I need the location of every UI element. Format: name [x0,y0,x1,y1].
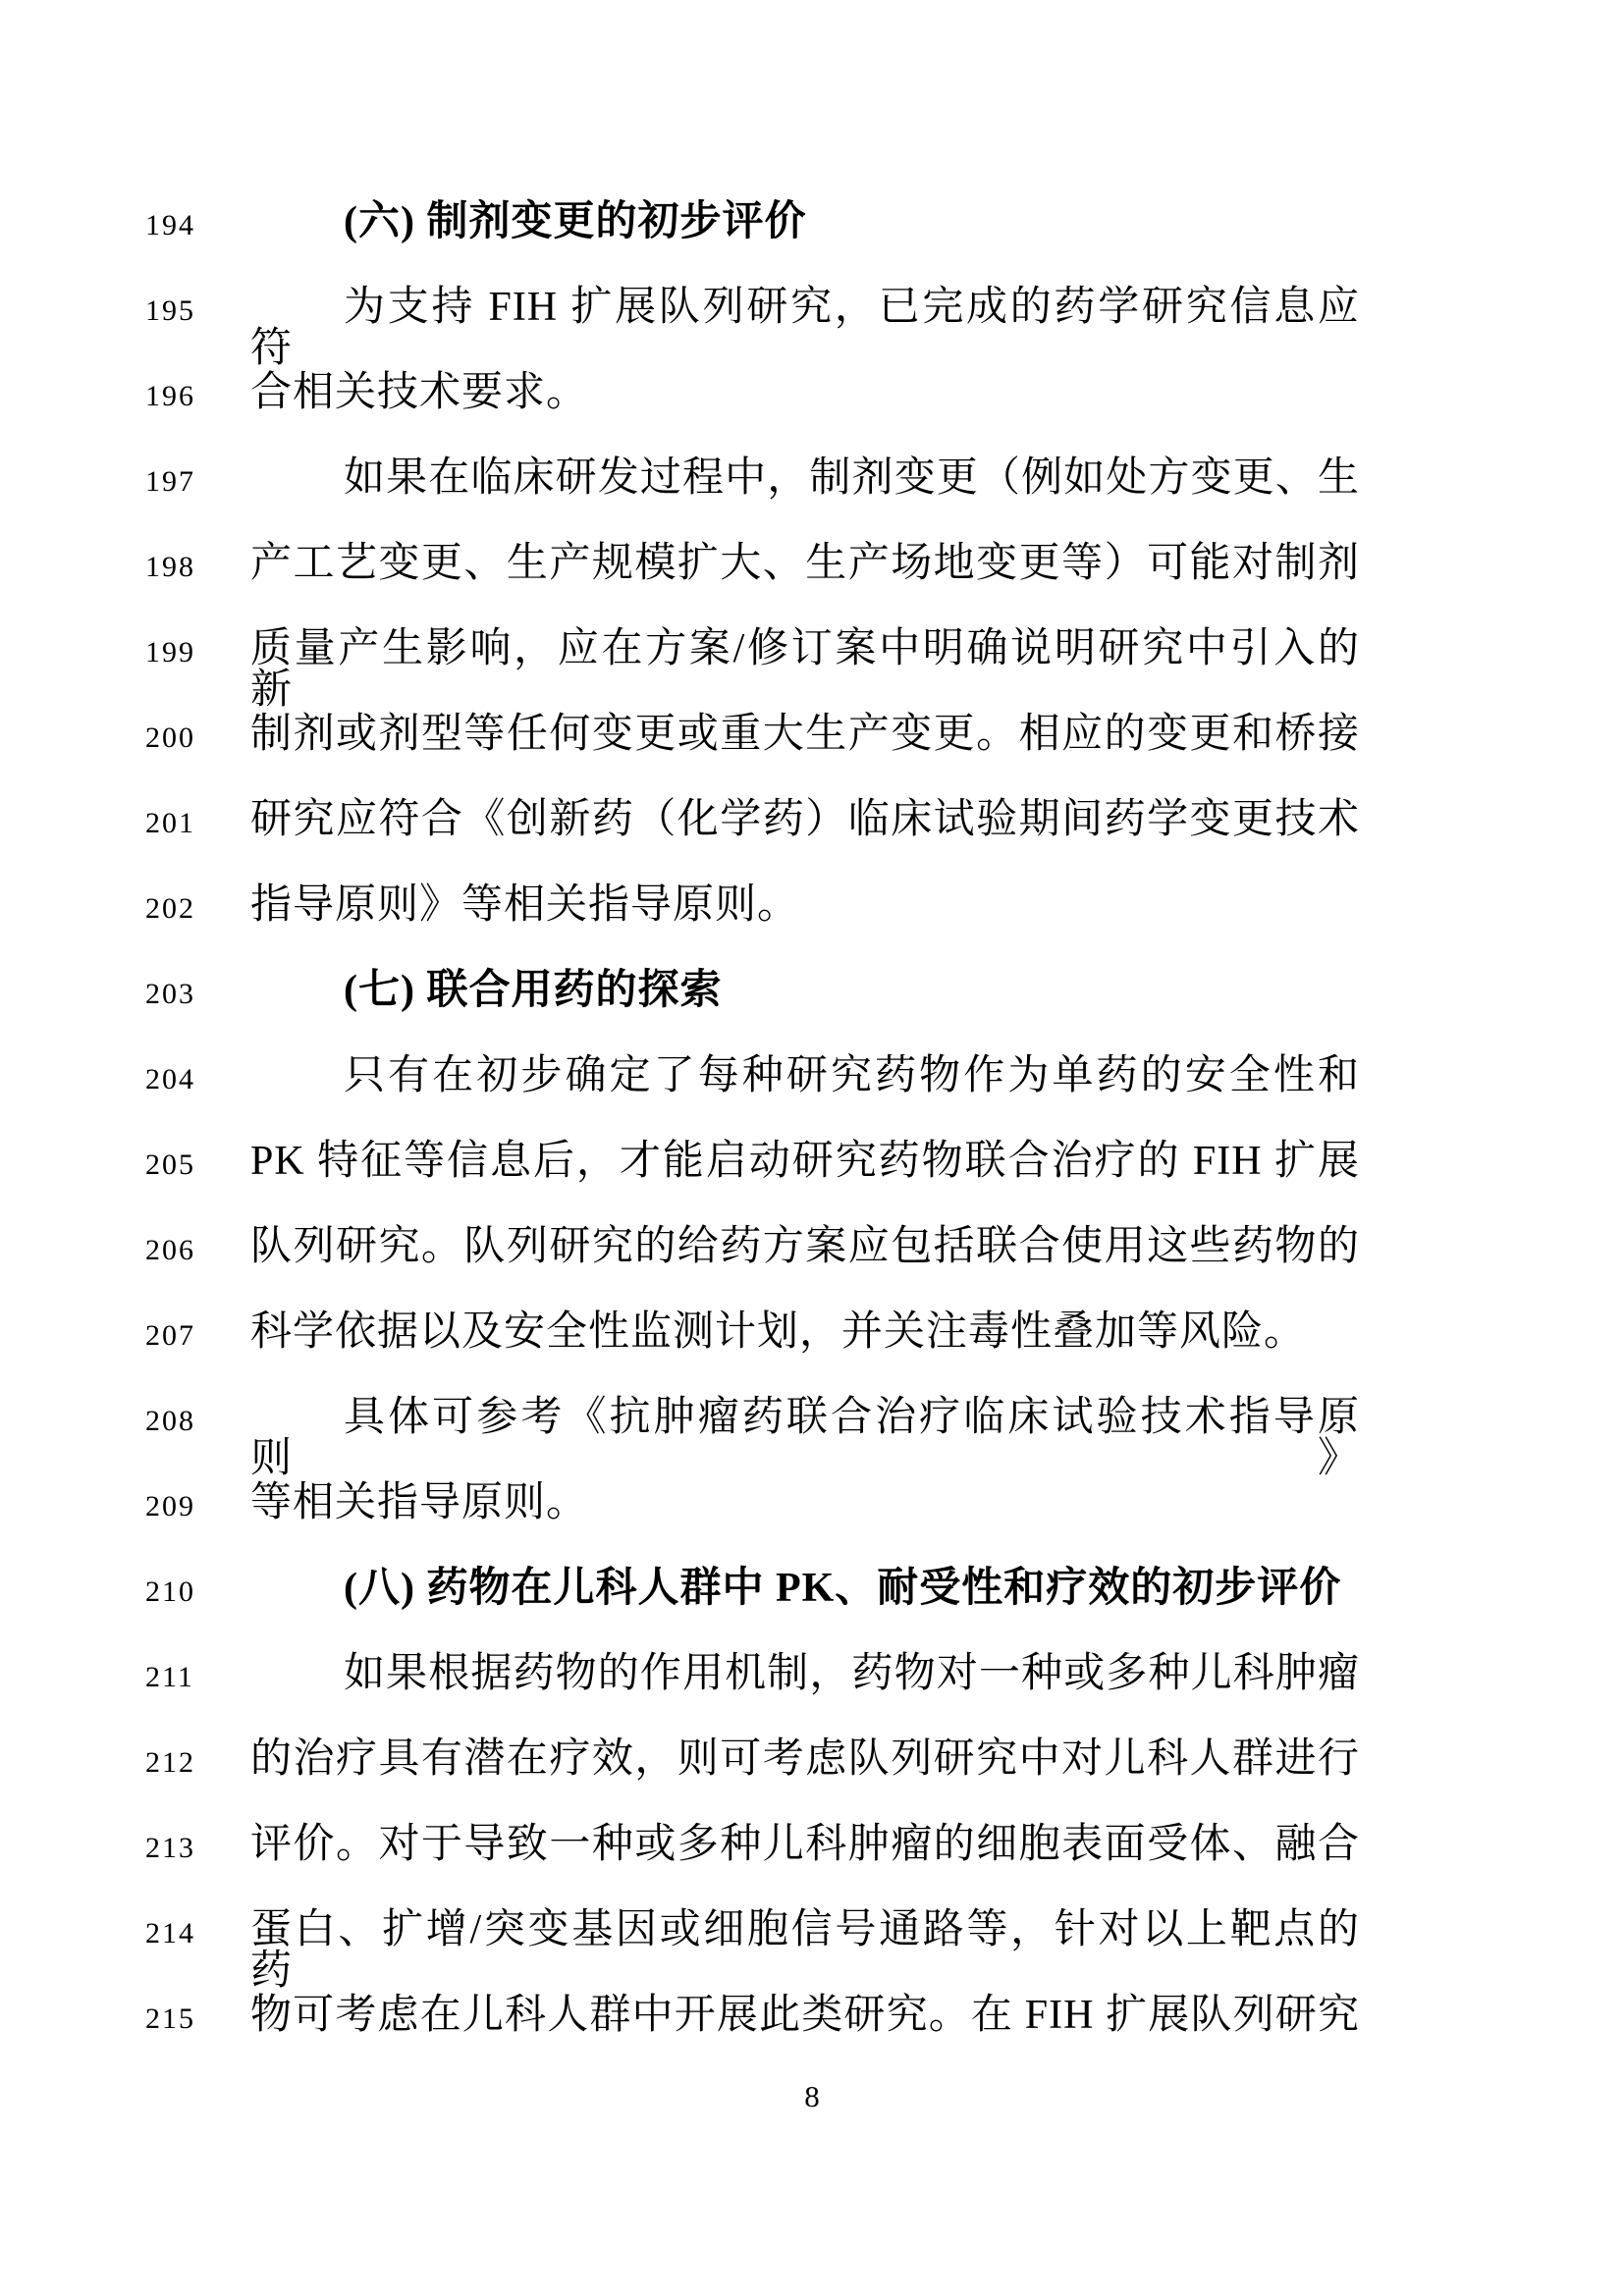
line-text: 制剂或剂型等任何变更或重大生产变更。相应的变更和桥接 [250,714,1360,755]
line-number: 204 [145,1063,250,1096]
line-text: (六) 制剂变更的初步评价 [250,201,1360,242]
line-number: 197 [145,465,250,499]
document-line: 200 制剂或剂型等任何变更或重大生产变更。相应的变更和桥接 [145,714,1363,799]
line-text: 的治疗具有潜在疗效，则可考虑队列研究中对儿科人群进行 [250,1738,1360,1780]
line-number: 210 [145,1575,250,1609]
document-line: 209 等相关指导原则。 [145,1482,1363,1568]
line-text: PK 特征等信息后，才能启动研究药物联合治疗的 FIH 扩展 [250,1141,1360,1182]
line-text: 物可考虑在儿科人群中开展此类研究。在 FIH 扩展队列研究 [250,1995,1360,2036]
document-line: 195 为支持 FIH 扩展队列研究，已完成的药学研究信息应符 [145,287,1363,372]
line-text: 队列研究。队列研究的给药方案应包括联合使用这些药物的 [250,1226,1360,1267]
line-number: 208 [145,1405,250,1438]
document-line: 194 (六) 制剂变更的初步评价 [145,201,1363,287]
document-line: 210 (八) 药物在儿科人群中 PK、耐受性和疗效的初步评价 [145,1568,1363,1653]
line-text: 如果在临床研发过程中，制剂变更（例如处方变更、生 [250,457,1360,499]
document-line: 211 如果根据药物的作用机制，药物对一种或多种儿科肿瘤 [145,1653,1363,1738]
document-line: 208 具体可参考《抗肿瘤药联合治疗临床试验技术指导原则》 [145,1397,1363,1482]
document-line: 197 如果在临床研发过程中，制剂变更（例如处方变更、生 [145,457,1363,543]
line-number: 212 [145,1746,250,1780]
line-text: 质量产生影响，应在方案/修订案中明确说明研究中引入的新 [250,628,1360,711]
document-line: 212 的治疗具有潜在疗效，则可考虑队列研究中对儿科人群进行 [145,1738,1363,1824]
line-text: (七) 联合用药的探索 [250,970,1360,1011]
document-line: 198 产工艺变更、生产规模扩大、生产场地变更等）可能对制剂 [145,543,1363,628]
document-line: 205 PK 特征等信息后，才能启动研究药物联合治疗的 FIH 扩展 [145,1141,1363,1226]
line-number: 198 [145,551,250,584]
document-line: 201 研究应符合《创新药（化学药）临床试验期间药学变更技术 [145,799,1363,884]
document-line: 199 质量产生影响，应在方案/修订案中明确说明研究中引入的新 [145,628,1363,714]
line-number: 205 [145,1148,250,1182]
line-number: 195 [145,294,250,328]
document-line: 204 只有在初步确定了每种研究药物作为单药的安全性和 [145,1055,1363,1141]
line-number: 200 [145,721,250,755]
line-text: 蛋白、扩增/突变基因或细胞信号通路等，针对以上靶点的药 [250,1909,1360,1992]
line-number: 201 [145,807,250,840]
line-number: 202 [145,892,250,926]
line-number: 207 [145,1319,250,1353]
line-number: 215 [145,2002,250,2036]
line-text: 具体可参考《抗肿瘤药联合治疗临床试验技术指导原则》 [250,1397,1360,1479]
line-text: 只有在初步确定了每种研究药物作为单药的安全性和 [250,1055,1360,1096]
line-number: 209 [145,1490,250,1523]
document-line: 203 (七) 联合用药的探索 [145,970,1363,1055]
line-number: 196 [145,380,250,413]
document-line: 196 合相关技术要求。 [145,372,1363,457]
document-line: 202 指导原则》等相关指导原则。 [145,884,1363,970]
line-text: 评价。对于导致一种或多种儿科肿瘤的细胞表面受体、融合 [250,1824,1360,1865]
line-text: 合相关技术要求。 [250,372,1360,413]
line-number: 213 [145,1832,250,1865]
document-line: 207 科学依据以及安全性监测计划，并关注毒性叠加等风险。 [145,1311,1363,1397]
document-line: 214 蛋白、扩增/突变基因或细胞信号通路等，针对以上靶点的药 [145,1909,1363,1995]
line-number: 206 [145,1234,250,1267]
document-line: 206 队列研究。队列研究的给药方案应包括联合使用这些药物的 [145,1226,1363,1311]
line-text: 指导原则》等相关指导原则。 [250,884,1360,926]
line-text: 产工艺变更、生产规模扩大、生产场地变更等）可能对制剂 [250,543,1360,584]
line-text: 研究应符合《创新药（化学药）临床试验期间药学变更技术 [250,799,1360,840]
line-number: 194 [145,209,250,242]
document-line: 215 物可考虑在儿科人群中开展此类研究。在 FIH 扩展队列研究 [145,1995,1363,2080]
document-line: 213 评价。对于导致一种或多种儿科肿瘤的细胞表面受体、融合 [145,1824,1363,1909]
line-number: 203 [145,978,250,1011]
line-number: 211 [145,1661,250,1694]
line-text: 如果根据药物的作用机制，药物对一种或多种儿科肿瘤 [250,1653,1360,1694]
line-rows: 194 (六) 制剂变更的初步评价 195 为支持 FIH 扩展队列研究，已完成… [145,201,1363,2080]
line-number: 214 [145,1917,250,1950]
line-text: 为支持 FIH 扩展队列研究，已完成的药学研究信息应符 [250,287,1360,369]
line-text: 等相关指导原则。 [250,1482,1360,1523]
line-text: 科学依据以及安全性监测计划，并关注毒性叠加等风险。 [250,1311,1360,1353]
page-number: 8 [0,2079,1624,2114]
document-page: 194 (六) 制剂变更的初步评价 195 为支持 FIH 扩展队列研究，已完成… [0,0,1624,2296]
line-number: 199 [145,636,250,669]
line-text: (八) 药物在儿科人群中 PK、耐受性和疗效的初步评价 [250,1568,1360,1609]
